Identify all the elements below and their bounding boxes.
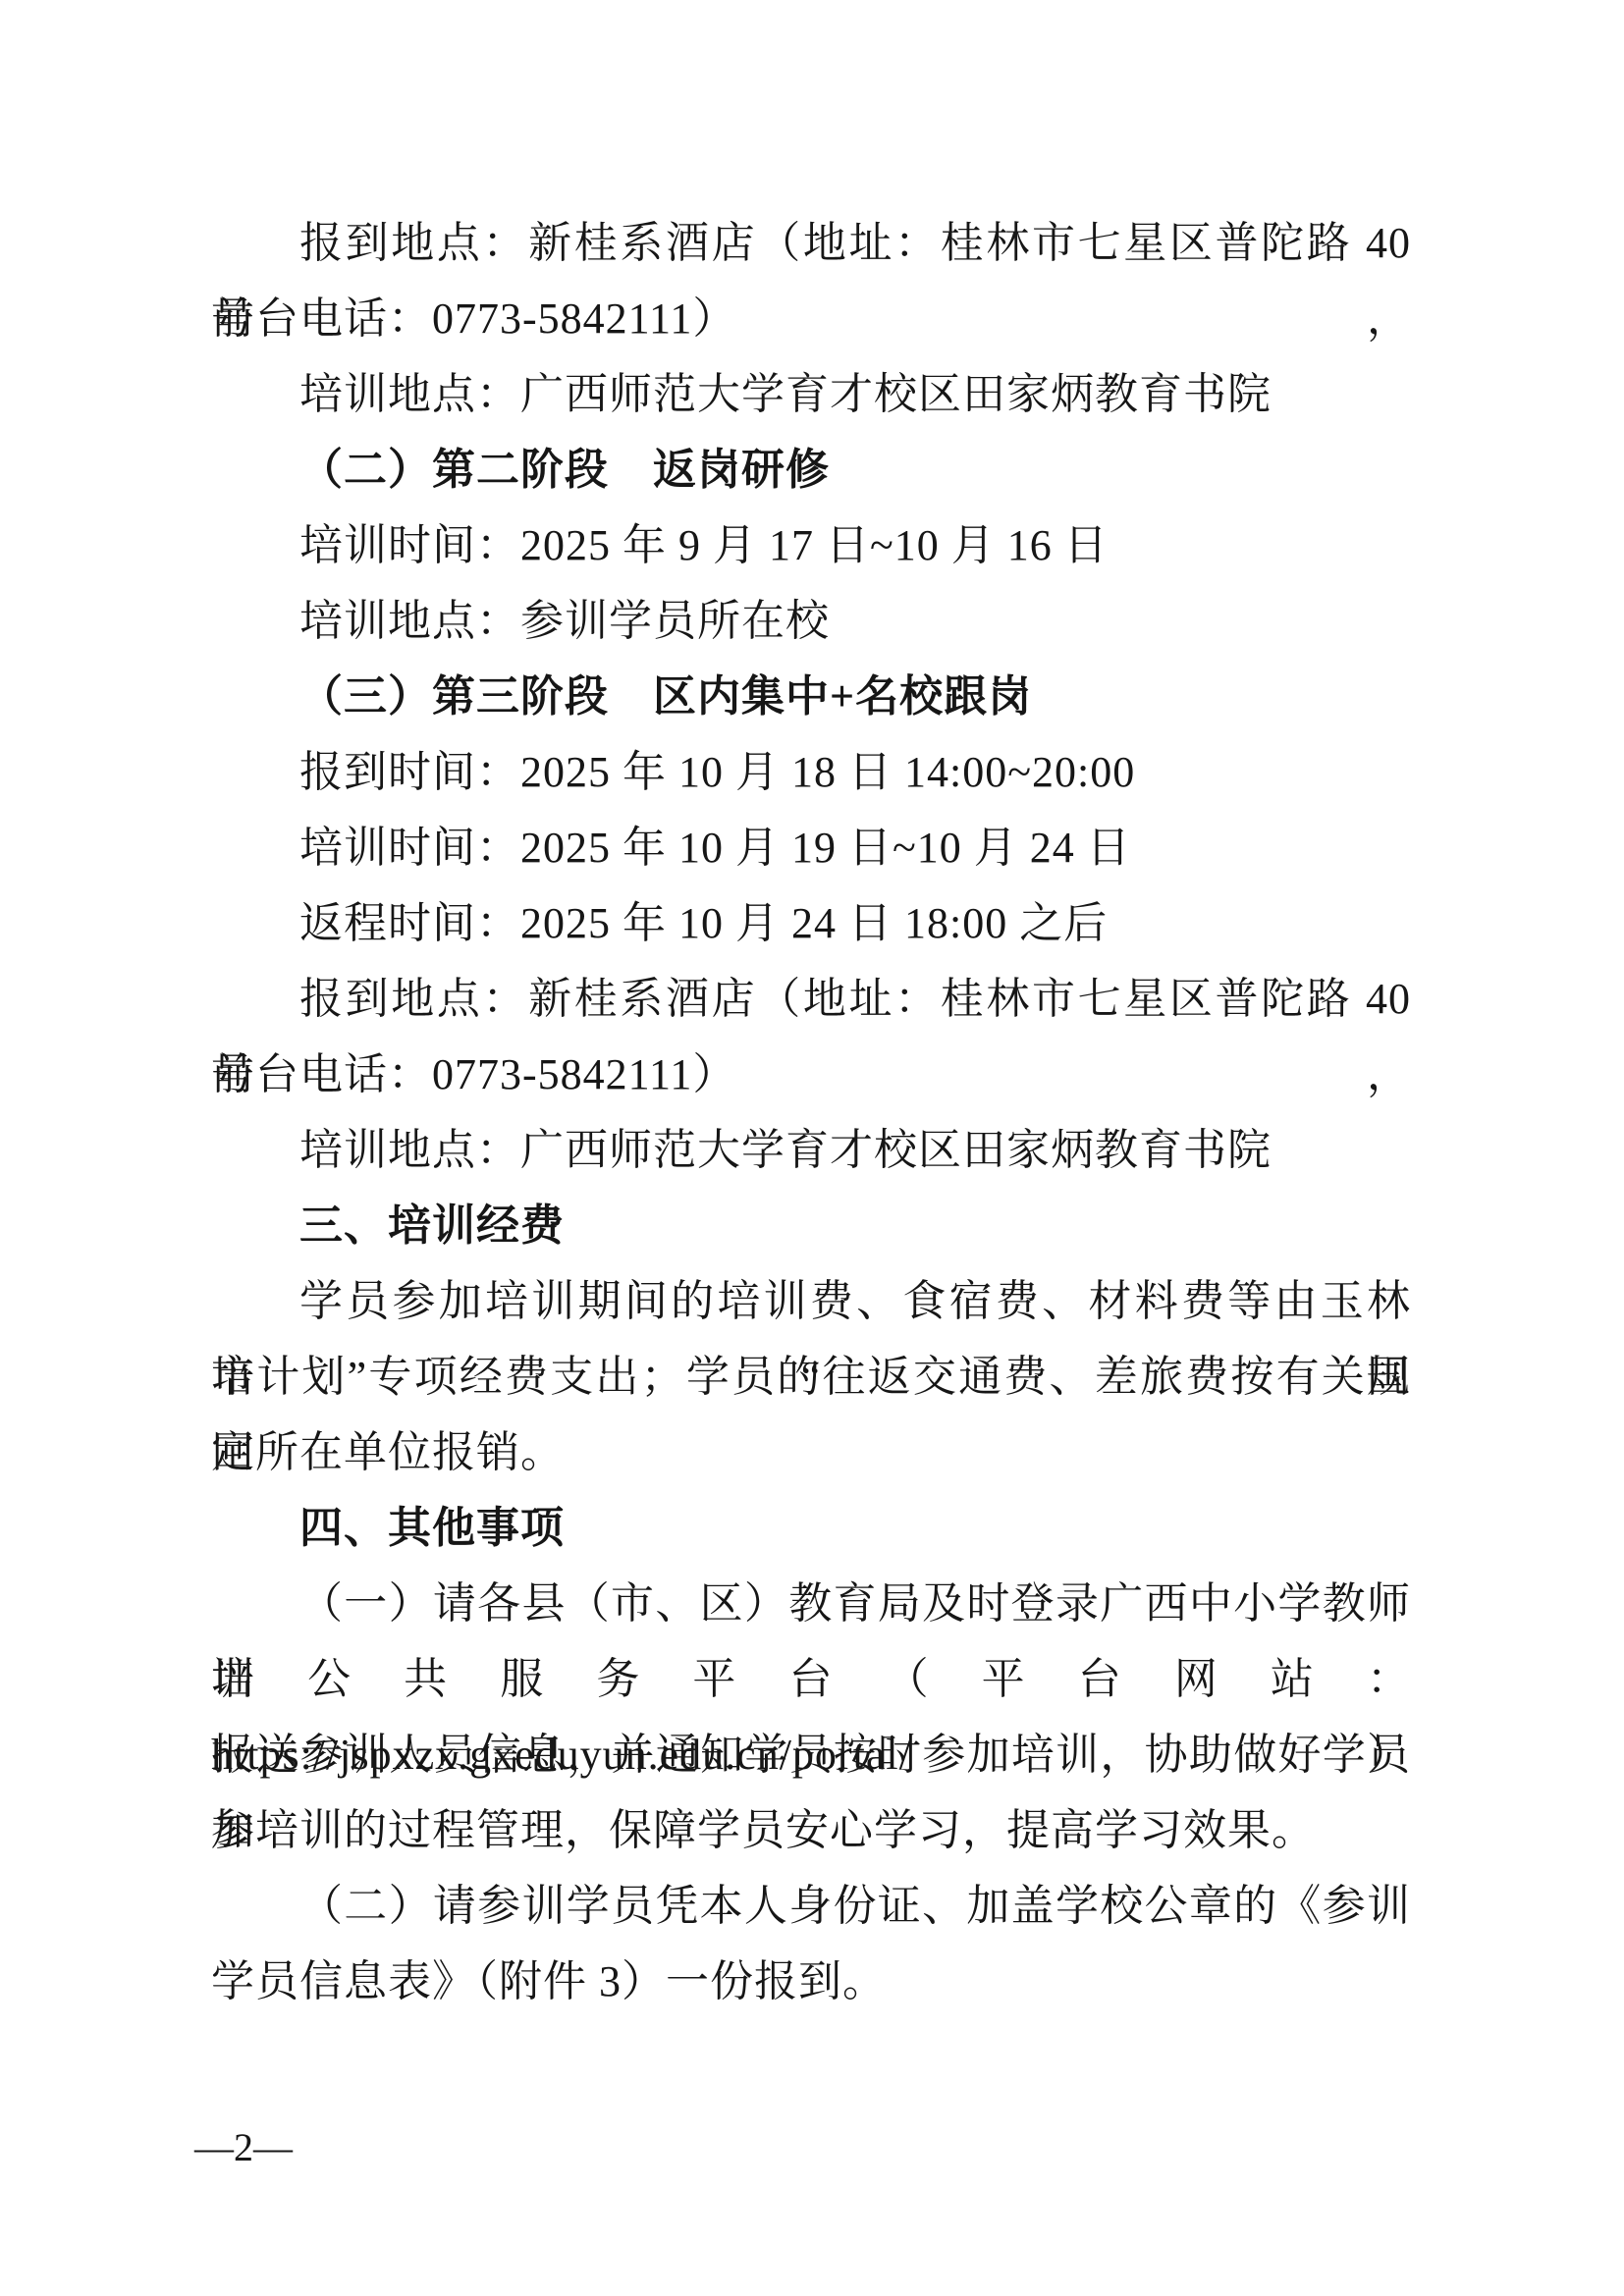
section3-funding-line-1: 学员参加培训期间的培训费、食宿费、材料费等由玉林市“国 bbox=[211, 1263, 1411, 1339]
section4-item1-line-2: 训公共服务平台（平台网站：https://jspxzx.gxeduyun.edu… bbox=[211, 1641, 1411, 1717]
stage2-training-location-line: 培训地点：参训学员所在校 bbox=[211, 583, 1411, 659]
section4-heading: 四、其他事项 bbox=[211, 1490, 1411, 1566]
document-page: 报到地点：新桂系酒店（地址：桂林市七星区普陀路 40 号， 前台电话：0773-… bbox=[0, 0, 1624, 2296]
section3-heading: 三、培训经费 bbox=[211, 1188, 1411, 1263]
section3-funding-line-3: 回所在单位报销。 bbox=[211, 1415, 1411, 1490]
section3-funding-line-2: 培计划”专项经费支出；学员的往返交通费、差旅费按有关规定 bbox=[211, 1339, 1411, 1415]
stage3-heading: （三）第三阶段 区内集中+名校跟岗 bbox=[211, 659, 1411, 734]
section4-item2-line-2: 学员信息表》（附件 3）一份报到。 bbox=[211, 1944, 1411, 2019]
stage3-checkin-time-line: 报到时间：2025 年 10 月 18 日 14:00~20:00 bbox=[211, 734, 1411, 810]
section4-item1-line-1: （一）请各县（市、区）教育局及时登录广西中小学教师培 bbox=[211, 1566, 1411, 1641]
stage2-heading: （二）第二阶段 返岗研修 bbox=[211, 432, 1411, 507]
stage3-return-time-line: 返程时间：2025 年 10 月 24 日 18:00 之后 bbox=[211, 885, 1411, 961]
stage3-report-location-line: 报到地点：新桂系酒店（地址：桂林市七星区普陀路 40 号， bbox=[211, 961, 1411, 1037]
stage3-training-time-line: 培训时间：2025 年 10 月 19 日~10 月 24 日 bbox=[211, 810, 1411, 885]
section4-item1-line-3: 报送参训人员信息，并通知学员按时参加培训，协助做好学员参 bbox=[211, 1717, 1411, 1792]
section4-item1-line-4: 加培训的过程管理，保障学员安心学习，提高学习效果。 bbox=[211, 1792, 1411, 1868]
stage2-training-time-line: 培训时间：2025 年 9 月 17 日~10 月 16 日 bbox=[211, 507, 1411, 583]
page-number: —2— bbox=[194, 2123, 293, 2172]
document-body: 报到地点：新桂系酒店（地址：桂林市七星区普陀路 40 号， 前台电话：0773-… bbox=[211, 205, 1411, 2019]
stage1-training-location-line: 培训地点：广西师范大学育才校区田家炳教育书院 bbox=[211, 356, 1411, 432]
stage1-report-location-line: 报到地点：新桂系酒店（地址：桂林市七星区普陀路 40 号， bbox=[211, 205, 1411, 281]
section4-item2-line-1: （二）请参训学员凭本人身份证、加盖学校公章的《参训 bbox=[211, 1868, 1411, 1944]
stage3-training-location-line: 培训地点：广西师范大学育才校区田家炳教育书院 bbox=[211, 1112, 1411, 1188]
